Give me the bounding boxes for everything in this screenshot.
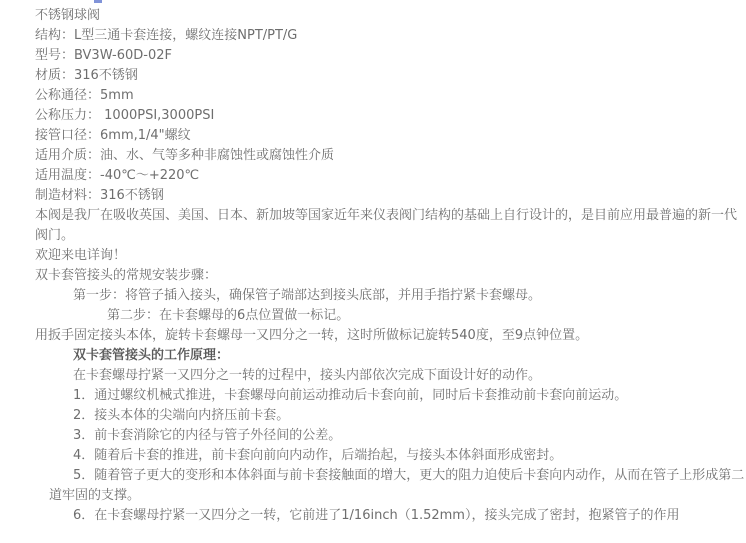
principle-intro: 在卡套螺母拧紧一又四分之一转的过程中，接头内部依次完成下面设计好的动作。 [35, 366, 746, 386]
page-title: 不锈钢球阀 [35, 6, 746, 26]
principle-item-6: 6．在卡套螺母拧紧一又四分之一转，它前进了1/16inch（1.52mm），接头… [35, 506, 746, 526]
spec-label-pipe-diameter: 接管口径： [35, 128, 100, 143]
intro-paragraph: 本阀是我厂在吸收英国、美国、日本、新加坡等国家近年来仪表阀门结构的基础上自行设计… [35, 206, 746, 246]
spec-value-temperature: -40℃～+220℃ [100, 168, 199, 183]
spec-row-structure: 结构：L型三通卡套连接，螺纹连接NPT/PT/G [35, 26, 746, 46]
spec-label-manufacture-material: 制造材料： [35, 188, 100, 203]
principle-item-1: 1．通过螺纹机械式推进，卡套螺母向前运动推动后卡套向前，同时后卡套推动前卡套向前… [35, 386, 746, 406]
install-step-1: 第一步：将管子插入接头，确保管子端部达到接头底部，并用手指拧紧卡套螺母。 [35, 286, 746, 306]
spec-row-temperature: 适用温度：-40℃～+220℃ [35, 166, 746, 186]
spec-value-structure: L型三通卡套连接，螺纹连接NPT/PT/G [74, 28, 297, 43]
spec-row-manufacture-material: 制造材料：316不锈钢 [35, 186, 746, 206]
principle-section-heading: 双卡套管接头的工作原理： [35, 346, 746, 366]
spec-row-nominal-pressure: 公称压力： 1000PSI,3000PSI [35, 106, 746, 126]
spec-value-material: 316不锈钢 [74, 68, 138, 83]
spec-label-temperature: 适用温度： [35, 168, 100, 183]
spec-value-nominal-diameter: 5mm [100, 88, 134, 103]
spec-label-nominal-pressure: 公称压力： [35, 108, 100, 123]
principle-item-5: 5．随着管子更大的变形和本体斜面与前卡套接触面的增大，更大的阻力迫使后卡套向内动… [35, 466, 746, 506]
spec-row-model: 型号：BV3W-60D-02F [35, 46, 746, 66]
spec-value-media: 油、水、气等多种非腐蚀性或腐蚀性介质 [100, 148, 334, 163]
spec-label-nominal-diameter: 公称通径： [35, 88, 100, 103]
spec-value-nominal-pressure: 1000PSI,3000PSI [100, 108, 214, 123]
spec-label-structure: 结构： [35, 28, 74, 43]
welcome-line: 欢迎来电详询！ [35, 246, 746, 266]
spec-value-pipe-diameter: 6mm,1/4"螺纹 [100, 128, 191, 143]
spec-value-manufacture-material: 316不锈钢 [100, 188, 164, 203]
spec-label-media: 适用介质： [35, 148, 100, 163]
product-document: 不锈钢球阀 结构：L型三通卡套连接，螺纹连接NPT/PT/G 型号：BV3W-6… [0, 0, 746, 526]
spec-row-media: 适用介质：油、水、气等多种非腐蚀性或腐蚀性介质 [35, 146, 746, 166]
install-note: 用扳手固定接头本体，旋转卡套螺母一又四分之一转，这时所做标记旋转540度，至9点… [35, 326, 746, 346]
spec-row-material: 材质：316不锈钢 [35, 66, 746, 86]
principle-item-2: 2．接头本体的尖端向内挤压前卡套。 [35, 406, 746, 426]
principle-item-3: 3．前卡套消除它的内径与管子外径间的公差。 [35, 426, 746, 446]
spec-label-model: 型号： [35, 48, 74, 63]
spec-value-model: BV3W-60D-02F [74, 48, 172, 63]
principle-item-4: 4．随着后卡套的推进，前卡套向前向内动作，后端抬起，与接头本体斜面形成密封。 [35, 446, 746, 466]
spec-row-pipe-diameter: 接管口径：6mm,1/4"螺纹 [35, 126, 746, 146]
install-section-heading: 双卡套管接头的常规安装步骤： [35, 266, 746, 286]
spec-row-nominal-diameter: 公称通径：5mm [35, 86, 746, 106]
install-step-2: 第二步：在卡套螺母的6点位置做一标记。 [35, 306, 746, 326]
spec-label-material: 材质： [35, 68, 74, 83]
top-accent-mark [94, 0, 102, 3]
